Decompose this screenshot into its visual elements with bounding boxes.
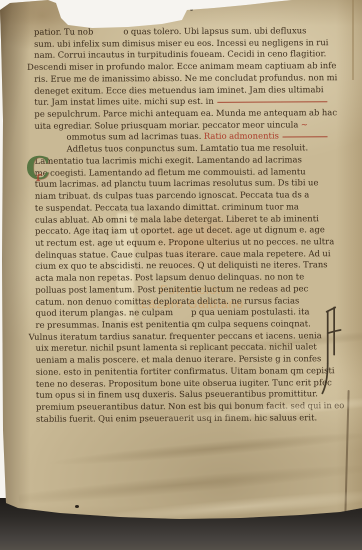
parchment-speck — [75, 505, 79, 508]
line-text: tur. Jam instat limes uite. michi sup es… — [34, 96, 213, 109]
line-text: patior. Tu nob — [34, 26, 93, 38]
nota-margin-mark — [321, 301, 343, 403]
manuscript-line: stabilis fuerit. Qui enim pseuerauerit u… — [36, 412, 333, 425]
gutter-shadow — [0, 0, 30, 550]
red-line-filler — [218, 101, 328, 103]
page-fold-line — [344, 390, 349, 515]
manuscript-line: deneget exitum. Ecce dies metuendus iam … — [34, 84, 331, 97]
parchment-page: Fundación Lázaro Galdiano C patior. Tu n… — [0, 0, 362, 550]
manuscript-line: uita egrediar. Solue priusquam moriar. p… — [34, 119, 331, 132]
line-text: o quas tolero. Ubi lapsus sum. ubi deflu… — [123, 25, 306, 38]
red-line-filler — [283, 136, 328, 137]
manuscript-photo: Fundación Lázaro Galdiano C patior. Tu n… — [0, 0, 362, 550]
decorated-initial-C: C — [26, 154, 51, 185]
line-text: ommotus sum ad lacrimas tuas. — [67, 131, 204, 143]
line-text: deneget exitum. Ecce dies metuendus iam … — [34, 84, 323, 97]
parchment-speck — [190, 8, 193, 11]
rubric-text: Ratio admonentis — [204, 131, 279, 143]
text-block: C patior. Tu nobo quas tolero. Ubi lapsu… — [34, 25, 333, 425]
line-text: quod iterum plangas. ne culpam — [35, 307, 173, 319]
line-text: stabilis fuerit. Qui enim pseuerauerit u… — [36, 412, 317, 425]
page-edge-line — [352, 0, 354, 80]
line-text: p qua ueniam postulasti. ita — [191, 307, 310, 319]
rubric-text: ~ — [298, 119, 308, 131]
